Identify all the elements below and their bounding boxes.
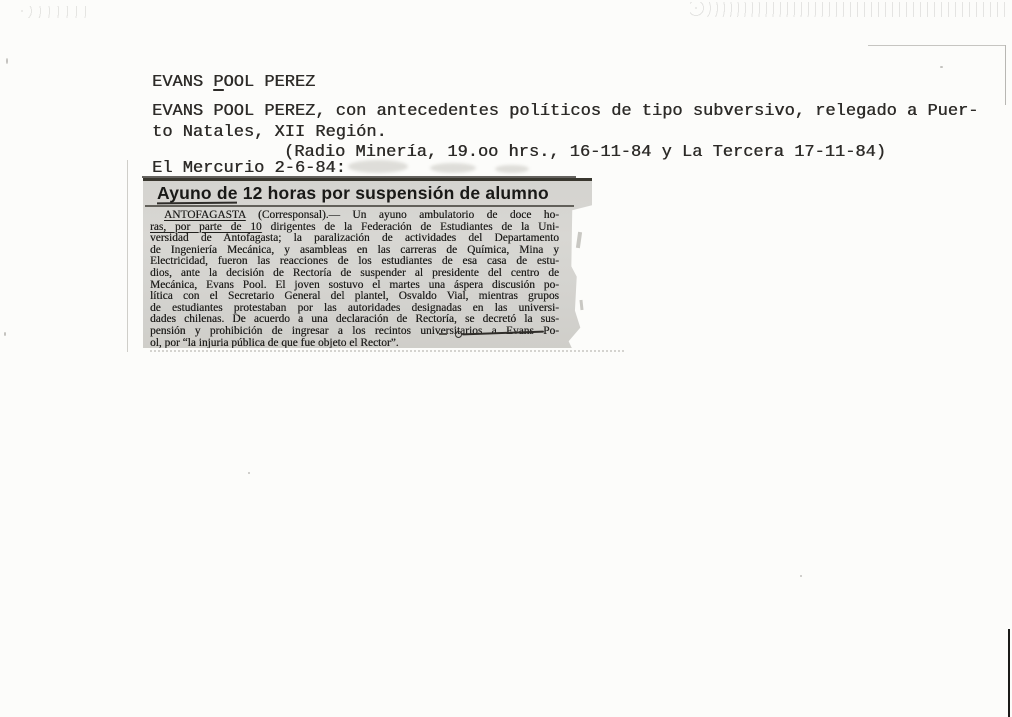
scan-speck <box>6 58 8 64</box>
article-text: de Ingeniería Mecánica, y asambleas en l… <box>150 244 559 256</box>
scan-speck <box>248 472 250 474</box>
article-text: dirigentes de la Federación de Estudiant… <box>262 221 559 233</box>
scan-edge-line <box>1008 629 1010 717</box>
scan-smudge <box>430 163 476 173</box>
clipping-bottom-shadow <box>150 350 624 352</box>
article-text: lítica con el Secretario General del pla… <box>150 290 559 302</box>
scan-edge-line <box>127 160 128 352</box>
article-line: ol, por “la injuria pública de que fue o… <box>150 338 559 350</box>
scan-speck <box>800 575 802 577</box>
article-text: dios, ante la decisión de Rectoría de su… <box>150 267 559 279</box>
scan-smudge <box>495 165 529 173</box>
article-text: de estudiantes protestaban por las autor… <box>150 302 559 314</box>
article-text: versidad de Antofagasta; la paralización… <box>150 232 559 244</box>
article-text: dades chilenas. De acuerdo a una declara… <box>150 313 559 325</box>
paper-corner-fold-line <box>868 45 1006 46</box>
handwritten-end-mark <box>439 330 549 338</box>
pen-circle <box>455 331 462 338</box>
subject-name-part: OOL PEREZ <box>223 73 315 92</box>
scan-speck <box>940 66 943 68</box>
paper-corner-fold-line <box>1005 45 1006 105</box>
newspaper-clipping: Ayuno de 12 horas por suspensión de alum… <box>143 178 592 348</box>
torn-paper-mark <box>576 232 582 248</box>
article-text: Mecánica, Evans Pool. El joven sostuvo e… <box>150 279 559 291</box>
typed-paragraph-line-2: to Natales, XII Región. <box>152 123 387 143</box>
typed-paragraph-line-1: EVANS POOL PEREZ, con antecedentes polít… <box>152 102 978 122</box>
handwritten-underline <box>142 176 576 178</box>
pen-stroke <box>462 331 544 336</box>
scan-noise-top-right <box>690 2 1010 17</box>
underlined-text: ANTOFAGASTA <box>164 209 246 221</box>
article-body: ANTOFAGASTA (Corresponsal).— Un ayuno am… <box>143 209 592 349</box>
article-text: (Corresponsal).— Un ayuno ambulatorio de… <box>246 209 559 221</box>
article-text: ol, por “la injuria pública de que fue o… <box>150 337 399 349</box>
underlined-text: ras, por parte de 10 <box>150 221 262 233</box>
pen-dash <box>439 333 447 335</box>
subject-name-part: EVANS <box>152 73 213 92</box>
scan-smudge <box>348 160 408 173</box>
article-text: Electricidad, fueron las reacciones de l… <box>150 255 559 267</box>
headline-rule <box>145 205 574 207</box>
scan-noise-top-left <box>18 6 88 18</box>
article-headline: Ayuno de 12 horas por suspensión de alum… <box>143 181 592 204</box>
subject-name-underlined-letter: P <box>213 73 223 92</box>
torn-paper-mark <box>579 300 583 310</box>
subject-name-line: EVANS POOL PEREZ <box>152 73 315 93</box>
scanned-page: EVANS POOL PEREZ EVANS POOL PEREZ, con a… <box>0 0 1012 717</box>
scan-speck <box>4 332 6 336</box>
